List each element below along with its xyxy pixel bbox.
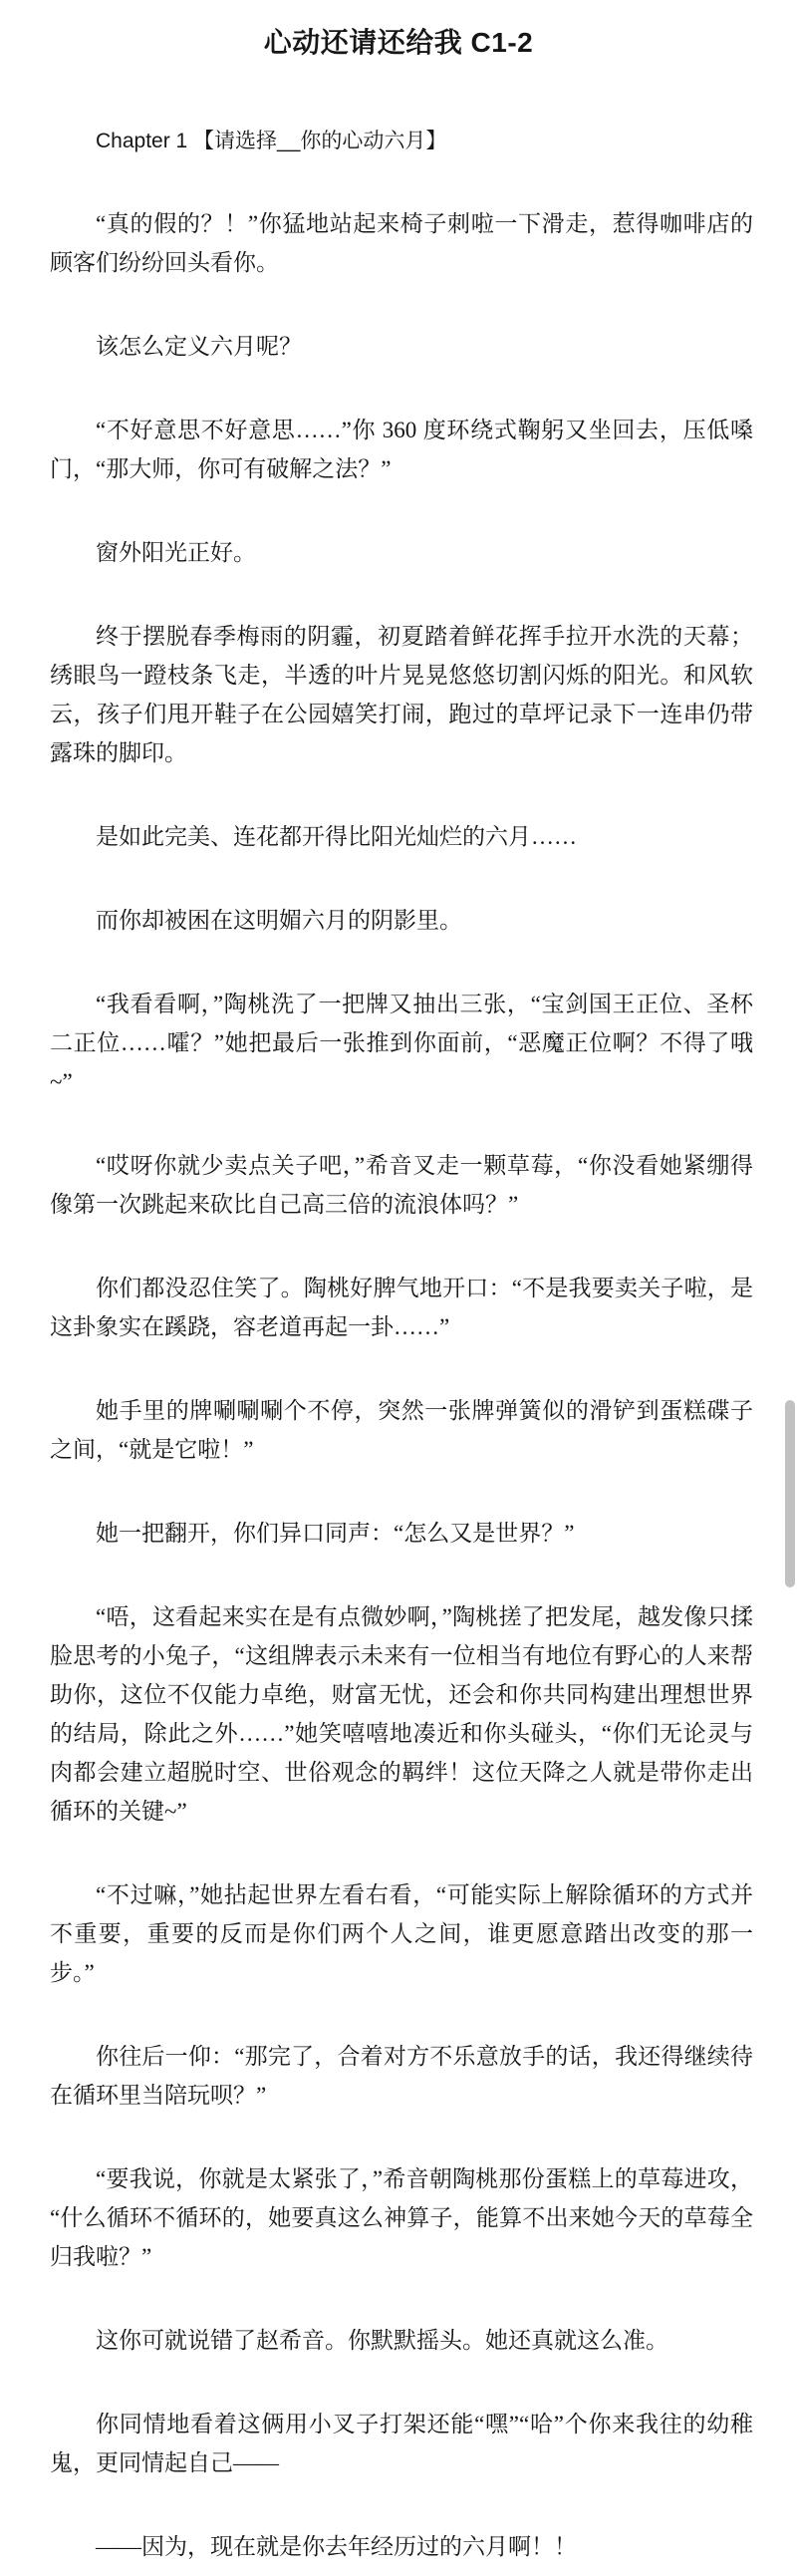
paragraph: 她手里的牌唰唰唰个不停，突然一张牌弹簧似的滑铲到蛋糕碟子之间，“就是它啦！”	[50, 1391, 753, 1469]
paragraph: “不好意思不好意思……”你 360 度环绕式鞠躬又坐回去，压低嗓门，“那大师，你…	[50, 411, 753, 488]
paragraph: 窗外阳光正好。	[50, 533, 753, 572]
paragraph: “要我说，你就是太紧张了，”希音朝陶桃那份蛋糕上的草莓进攻，“什么循环不循环的，…	[50, 2159, 753, 2276]
paragraph: 而你却被困在这明媚六月的阴影里。	[50, 901, 753, 940]
chapter-heading: Chapter 1 【请选择__你的心动六月】	[96, 126, 797, 157]
paragraph: 终于摆脱春季梅雨的阴霾，初夏踏着鲜花挥手拉开水洗的天幕；绣眼鸟一蹬枝条飞走，半透…	[50, 617, 753, 772]
paragraph: ——因为，现在就是你去年经历过的六月啊！！	[50, 2527, 753, 2566]
paragraph: 她一把翻开，你们异口同声：“怎么又是世界？”	[50, 1514, 753, 1553]
scrollbar-thumb[interactable]	[785, 1400, 795, 1587]
paragraph: “哎呀你就少卖点关子吧，”希音叉走一颗草莓，“你没看她紧绷得像第一次跳起来砍比自…	[50, 1146, 753, 1224]
paragraph: 你们都没忍住笑了。陶桃好脾气地开口：“不是我要卖关子啦，是这卦象实在蹊跷，容老道…	[50, 1269, 753, 1346]
paragraph: “唔，这看起来实在是有点微妙啊，”陶桃搓了把发尾，越发像只揉脸思考的小兔子，“这…	[50, 1597, 753, 1831]
paragraph: 你同情地看着这俩用小叉子打架还能“嘿”“哈”个你来我往的幼稚鬼，更同情起自己——	[50, 2405, 753, 2482]
document-title: 心动还请还给我 C1-2	[0, 0, 797, 64]
paragraph: “不过嘛，”她拈起世界左看右看，“可能实际上解除循环的方式并不重要，重要的反而是…	[50, 1875, 753, 1992]
paragraph: “真的假的？！”你猛地站起来椅子刺啦一下滑走，惹得咖啡店的顾客们纷纷回头看你。	[50, 204, 753, 282]
paragraph: 是如此完美、连花都开得比阳光灿烂的六月……	[50, 817, 753, 856]
paragraph: 你往后一仰：“那完了，合着对方不乐意放手的话，我还得继续待在循环里当陪玩呗？”	[50, 2037, 753, 2115]
paragraph: 该怎么定义六月呢？	[50, 327, 753, 366]
document-page: 心动还请还给我 C1-2 Chapter 1 【请选择__你的心动六月】 “真的…	[0, 0, 797, 2566]
paragraph: 这你可就说错了赵希音。你默默摇头。她还真就这么准。	[50, 2321, 753, 2360]
story-body: “真的假的？！”你猛地站起来椅子刺啦一下滑走，惹得咖啡店的顾客们纷纷回头看你。该…	[50, 204, 753, 2566]
paragraph: “我看看啊，”陶桃洗了一把牌又抽出三张，“宝剑国王正位、圣杯二正位……嚯？”她把…	[50, 985, 753, 1101]
